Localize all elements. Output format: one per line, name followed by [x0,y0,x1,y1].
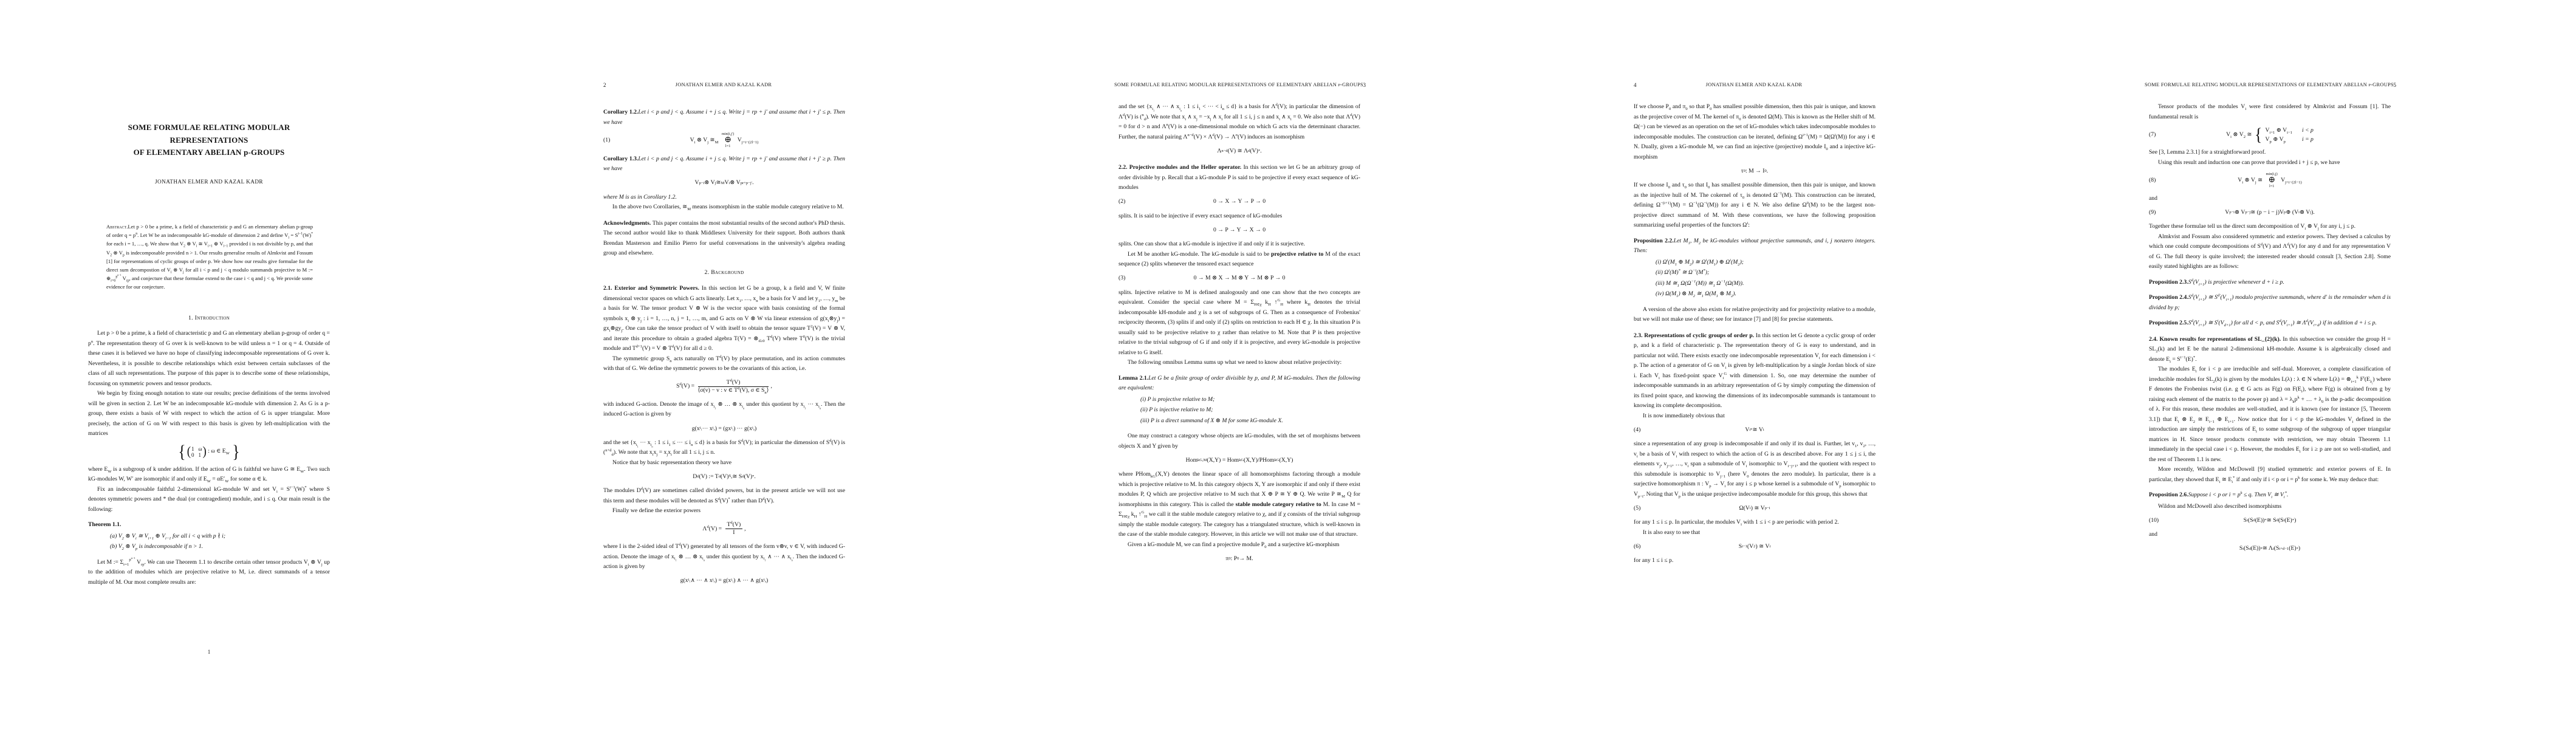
theorem-paragraph: Lemma 2.1.Let G be a finite group of ord… [1118,374,1360,394]
paper-title-line: SOME FORMULAE RELATING MODULAR REPRESENT… [88,122,330,146]
fraction-numerator: Td(V) [698,379,769,388]
paragraph: since a representation of any group is i… [1634,439,1875,499]
display-equation: (8)Vi ⊗ Vj ≅ min(i,j)⊕l=1 Vj+i−(2l−1) [2149,173,2391,189]
running-head: SOME FORMULAE RELATING MODULAR REPRESENT… [2129,82,2409,87]
paragraph: See [3, Lemma 2.3.1] for a straightforwa… [2149,148,2391,158]
page-3: SOME FORMULAE RELATING MODULAR REPRESENT… [1030,0,1546,729]
equation-pre: Λd(V) = [702,524,723,535]
paragraph: One may construct a category whose objec… [1118,431,1360,451]
paragraph: Notice that by basic representation theo… [603,458,845,468]
display-equation: (3)0 → M ⊗ X → M ⊗ Y → M ⊗ P → 0 [1118,273,1360,284]
equation-math: 0 → P → Y → X → 0 [1213,225,1266,236]
subsection-text: In this section let G denote a cyclic gr… [1634,332,1875,409]
equation-math: Vi ⊗ Vj ≅ min(i,j)⊕l=1 Vj+i−(2l−1) [2238,173,2302,189]
paragraph: The modules Dd(V) are sometimes called d… [603,486,845,506]
subsection-paragraph: 2.4. Known results for representations o… [2149,335,2391,365]
paragraph: for any 1 ≤ i ≤ p. In particular, the mo… [1634,518,1875,528]
theorem-paragraph: Corollary 1.3.Let i < p and j < q. Assum… [603,154,845,174]
list-item: (ii) P is injective relative to M; [1140,405,1360,416]
list-item: (i) Ωi(M1 ⊕ M2) ≅ Ωi(M1) ⊕ Ωi(M2); [1656,258,1875,268]
page-4: JONATHAN ELMER AND KAZAL KADR4If we choo… [1546,0,2061,729]
equation-post: , [744,524,745,535]
page-column: Tensor products of the modules Vi were f… [2149,102,2391,558]
theorem-item-list: (i) P is projective relative to M;(ii) P… [1118,395,1360,426]
matrix-entry: 1 [191,446,194,452]
left-paren-icon: ( [187,445,191,458]
page-1: SOME FORMULAE RELATING MODULAR REPRESENT… [0,0,515,729]
right-brace-icon: } [232,443,239,461]
paper-title-line: OF ELEMENTARY ABELIAN p-GROUPS [88,146,330,159]
theorem-label: Lemma 2.1. [1118,375,1148,382]
subsection-text: In this section let G be a group, k a fi… [603,285,845,352]
equation-math: Sd(V) = Td(V)⟨σ(v) − v : v ∈ Td(V), σ ∈ … [676,379,772,395]
page-column: and the set {xi1 ∧ ⋯ ∧ xin : 1 ≤ i1 < ⋯ … [1118,102,1360,568]
document-canvas: arXiv:2510.07939v1 [math.RT] 9 Oct 2025 … [0,0,2576,729]
equation-math: Vp−i ⊗ Vp−j ≅ (p − i − j)Vp ⊕ (Vi ⊗ Vj). [2225,208,2315,218]
paragraph: The following omnibus Lemma sums up what… [1118,358,1360,368]
equation-math: HomkG,M(X,Y) = HomkG(X,Y)/PHomkG(X,Y) [1186,456,1293,466]
equation-pre: Sd(V) = [676,382,696,392]
display-equation: (6)Si−1(V2) ≅ Vi [1634,541,1875,552]
paragraph: Given a kG-module M, we can find a proje… [1118,540,1360,550]
page-column: If we choose P0 and π0 so that P0 has sm… [1634,102,1875,566]
subsection-label: 2.3. Representations of cyclic groups of… [1634,332,1756,339]
theorem-text: Let G be a finite group of order divisib… [1118,375,1360,392]
theorem-label: Proposition 2.4. [2149,294,2188,301]
paragraph: splits. One can show that a kG-module is… [1118,239,1360,250]
left-brace-icon: { [178,443,185,461]
matrix-entry: ω [199,446,202,452]
display-equation: π0 : P0 → M. [1118,553,1360,564]
theorem-label: Proposition 2.5. [2149,320,2188,326]
theorem-label: Proposition 2.3. [2149,279,2188,286]
authors-line: JONATHAN ELMER AND KAZAL KADR [88,177,330,188]
equation-math: Ω(Vi) ≅ Vp−i [1739,504,1770,514]
theorem-text: Let i < p and j < q. Assume i + j ≤ q. W… [603,109,845,126]
paragraph: where EW is a subgroup of k under additi… [88,465,330,485]
matrix: 1ω01 [191,446,202,458]
matrix-entry: 0 [191,452,194,458]
subsection-paragraph: 2.3. Representations of cyclic groups of… [1634,331,1875,411]
display-equation: (9)Vp−i ⊗ Vp−j ≅ (p − i − j)Vp ⊕ (Vi ⊗ V… [2149,207,2391,218]
equation-number: (6) [1634,542,1640,552]
paragraph: where I is the 2-sided ideal of Td(V) ge… [603,542,845,572]
abstract-text: Let p > 0 be a prime, k a field of chara… [106,224,313,290]
fraction: Td(V)⟨σ(v) − v : v ∈ Td(V), σ ∈ Sn⟩ [698,379,769,395]
list-item: (ii) Ωi(M)* ≅ Ω−i(M*); [1656,268,1875,278]
big-oplus-operator: min(i,j)⊕l=1 [2266,173,2278,189]
paragraph: It is also easy to see that [1634,528,1875,538]
paragraph: If we choose I0 and τ0 so that I0 has sm… [1634,180,1875,231]
equation-math: Si(Sd(E))* ≅ Λi(Si+d−1(E)*) [2239,544,2300,554]
paragraph: Let p > 0 be a prime, k a field of chara… [88,329,330,389]
theorem-text: Let i < p and j < q. Assume i + j ≤ q. W… [603,156,845,173]
equation-pre: Vi ⊗ Vj ≅ [2238,176,2264,186]
equation-number: (8) [2149,176,2156,186]
paragraph: Finally we define the exterior powers [603,506,845,516]
paragraph: splits. Injective relative to M is defin… [1118,288,1360,358]
big-oplus-operator: min(i,j′)⊕l=1 [722,132,734,149]
paragraph: Fix an indecomposable faithful 2-dimensi… [88,485,330,515]
matrix-entry: 1 [199,452,202,458]
theorem-item-list: (a) V2 ⊗ Vi ≅ Vi+1 ⊕ Vi−1 for all i < q … [88,532,330,552]
equation-math: 0 → X → Y → P → 0 [1213,197,1266,207]
paragraph: Let M := Σr=1pn−1 Vrp. We can use Theore… [88,558,330,588]
display-equation: Sd(V) = Td(V)⟨σ(v) − v : v ∈ Td(V), σ ∈ … [603,379,845,395]
display-equation: Λn−d(V) ≅ Λd(V)*. [1118,146,1360,157]
section-heading: 1. Introduction [88,313,330,324]
theorem-label: Theorem 1.1. [88,521,121,528]
running-head-page-number: 3 [1363,82,1366,88]
subsection-label: Acknowledgments. [603,220,653,227]
paragraph: In the above two Corollaries, ≅M means i… [603,202,845,213]
paragraph: where PHomkG(X,Y) denotes the linear spa… [1118,470,1360,540]
equation-post: Vj+i−(2l−1) [736,135,758,146]
theorem-paragraph: Corollary 1.2.Let i < p and j < q. Assum… [603,108,845,128]
operator-limit-sub: l=1 [2269,185,2274,188]
theorem-item-list: (i) Ωi(M1 ⊕ M2) ≅ Ωi(M1) ⊕ Ωi(M2);(ii) Ω… [1634,258,1875,299]
display-equation: τ0 : M → I0. [1634,166,1875,177]
theorem-paragraph: Theorem 1.1. [88,520,330,530]
fraction: Td(V)I [725,521,743,537]
equation-math: Λd(V) = Td(V)I, [702,521,745,537]
display-equation: 0 → P → Y → X → 0 [1118,225,1360,236]
subsection-label: 2.4. Known results for representations o… [2149,336,2283,343]
subsection-label: 2.1. Exterior and Symmetric Powers. [603,285,702,292]
page-column: Corollary 1.2.Let i < p and j < q. Assum… [603,102,845,590]
fraction-denominator: I [725,529,743,537]
page-column: SOME FORMULAE RELATING MODULAR REPRESENT… [88,0,330,587]
display-equation: HomkG,M(X,Y) = HomkG(X,Y)/PHomkG(X,Y) [1118,455,1360,466]
paragraph: for any 1 ≤ i ≤ p. [1634,556,1875,566]
theorem-label: Proposition 2.2. [1634,238,1674,244]
theorem-paragraph: Proposition 2.2.Let M1, M2 be kG-modules… [1634,236,1875,256]
theorem-paragraph: Proposition 2.3.Sd(Vi+1) is projective w… [2149,278,2391,288]
equation-math: Dd(V) := Td(V)Sn ≅ Sd(V)*. [693,472,756,482]
paragraph: If we choose P0 and π0 so that P0 has sm… [1634,102,1875,162]
theorem-label: Corollary 1.3. [603,156,638,162]
paragraph: and [2149,530,2391,540]
equation-number: (7) [2149,130,2156,140]
paper-title: SOME FORMULAE RELATING MODULAR REPRESENT… [88,122,330,159]
equation-math: Vi ⊗ Vj ≅M min(i,j′)⊕l=1 Vj+i−(2l−1) [690,132,759,149]
list-item: (iv) Ω(M1) ⊗ M2 ≅1 Ω(M1 ⊗ M2). [1656,289,1875,299]
theorem-label: Corollary 1.2. [603,109,638,115]
paragraph: A version of the above also exists for r… [1634,305,1875,325]
display-equation: Dd(V) := Td(V)Sn ≅ Sd(V)*. [603,471,845,482]
cases: Vi+1 ⊕ Vi−1i < pVp ⊕ Vpi = p [2266,127,2314,142]
display-equation: g(xi1 ∧ ⋯ ∧ xin) = g(xi1) ∧ ⋯ ∧ g(xin) [603,576,845,587]
equation-number: (3) [1118,273,1125,284]
display-equation: {(1ω01) : ω ∈ EW } [88,444,330,460]
running-head-page-number: 4 [1634,82,1637,88]
equation-number: (4) [1634,425,1640,436]
equation-number: (9) [2149,208,2156,218]
case-condition: i < p [2302,127,2314,134]
theorem-paragraph: Proposition 2.5.Sd(Vi+1) ≅ Si(Vd+1) for … [2149,318,2391,329]
theorem-text: Suppose i < p or i = pk ≤ q. Then Vi ≅ V… [2188,491,2289,498]
theorem-paragraph: Proposition 2.4.Sd(Vi+1) ≅ Sd′(Vi+1) mod… [2149,293,2391,313]
equation-pre: Vi ⊗ Vj ≅M [690,135,720,146]
equation-post: Vj+i−(2l−1) [2280,176,2302,186]
list-item: (b) V2 ⊗ Vp is indecomposable if n > 1. [110,542,330,552]
operator-limit-sub: l=1 [725,145,730,148]
paragraph: The symmetric group Sn acts naturally on… [603,354,845,374]
equation-math: Si(Sd(E))* ≅ Sd(Si(E)*) [2244,516,2297,526]
oplus-icon: ⊕ [2268,176,2275,185]
paragraph: More recently, Wildon and McDowell [9] s… [2149,465,2391,485]
paragraph: splits. It is said to be injective if ev… [1118,211,1360,222]
running-head: JONATHAN ELMER AND KAZAL KADR [1614,82,1894,87]
equation-math: 0 → M ⊗ X → M ⊗ Y → M ⊗ P → 0 [1194,273,1286,284]
equation-math: {(1ω01) : ω ∈ EW } [177,444,241,460]
abstract-label: Abstract. [106,224,128,230]
display-equation: (4)Vi* ≅ Vi [1634,425,1875,436]
paragraph: where M is as in Corollary 1.2. [603,193,845,203]
paragraph: We begin by fixing enough notation to st… [88,389,330,439]
display-equation: Λd(V) = Td(V)I, [603,521,845,537]
theorem-text: Sd(Vi+1) is projective whenever d + i ≥ … [2188,279,2284,286]
display-equation: (1)Vi ⊗ Vj ≅M min(i,j′)⊕l=1 Vj+i−(2l−1) [603,132,845,149]
theorem-text: Sd(Vi+1) ≅ Si(Vd+1) for all d < p, and S… [2188,320,2377,326]
case-expression: Vp ⊕ Vp [2266,136,2292,143]
theorem-paragraph: Proposition 2.6.Suppose i < p or i = pk … [2149,490,2391,501]
page-number: 1 [88,649,330,655]
equation-math: Vi* ≅ Vi [1745,425,1764,436]
paragraph: Almkvist and Fossum also considered symm… [2149,232,2391,272]
paragraph: and the set {xi1 ⋯ xin : 1 ≤ i1 ≤ ⋯ ≤ in… [603,438,845,458]
equation-math: Λn−d(V) ≅ Λd(V)*. [1217,146,1261,157]
subsection-label: 2.2. Projective modules and the Heller o… [1118,164,1243,171]
fraction-numerator: Td(V) [725,521,743,530]
paragraph: and [2149,194,2391,204]
list-item: (iii) M ≅1 Ω(Ω−1(M)) ≅1 Ω−1(Ω(M)). [1656,279,1875,289]
equation-math: Si−1(V2) ≅ Vi [1739,542,1771,552]
display-equation: (5)Ω(Vi) ≅ Vp−i [1634,503,1875,514]
equation-post: , [770,382,772,392]
paragraph: It is now immediately obvious that [1634,411,1875,422]
equation-number: (10) [2149,516,2159,526]
equation-math: g(xi1 ∧ ⋯ ∧ xin) = g(xi1) ∧ ⋯ ∧ g(xin) [680,576,769,586]
display-equation: Vp−i ⊗ Vj ≅M Vi ⊗ Vpr+p−j′. [603,178,845,189]
case-expression: Vi+1 ⊕ Vi−1 [2266,127,2292,134]
display-equation: (2)0 → X → Y → P → 0 [1118,197,1360,208]
theorem-label: Proposition 2.6. [2149,491,2188,498]
equation-math: g(xi1 ⋯ xin) = (gxi1) ⋯ g(xin) [692,424,756,434]
left-brace-icon: { [2255,126,2262,144]
subsection-paragraph: Acknowledgments. This paper contains the… [603,219,845,259]
running-head-page-number: 2 [603,82,606,88]
subsection-paragraph: 2.2. Projective modules and the Heller o… [1118,163,1360,193]
running-head: JONATHAN ELMER AND KAZAL KADR [584,82,863,87]
paragraph: with induced G-action. Denote the image … [603,400,845,420]
paragraph: Let M be another kG-module. The kG-modul… [1118,250,1360,270]
fraction-denominator: ⟨σ(v) − v : v ∈ Td(V), σ ∈ Sn⟩ [698,387,769,395]
equation-number: (1) [603,135,610,146]
equation-math: π0 : P0 → M. [1225,554,1253,564]
equation-math: τ0 : M → I0. [1741,166,1768,177]
paragraph: The modules Ei for i < p are irreducible… [2149,364,2391,465]
list-item: (iii) P is a direct summand of X ⊗ M for… [1140,416,1360,426]
set-condition: : ω ∈ EW [207,447,231,457]
display-equation: (7)Vi ⊗ V2 ≅ {Vi+1 ⊕ Vi−1i < pVp ⊕ Vpi =… [2149,127,2391,143]
equation-pre: Vi ⊗ V2 ≅ [2226,130,2253,140]
equation-math: Vp−i ⊗ Vj ≅M Vi ⊗ Vpr+p−j′. [694,178,753,188]
display-equation: Si(Sd(E))* ≅ Λi(Si+d−1(E)*) [2149,544,2391,555]
display-equation: g(xi1 ⋯ xin) = (gxi1) ⋯ g(xin) [603,423,845,434]
paragraph: Together these formulae tell us the dire… [2149,222,2391,232]
right-paren-icon: ) [202,445,206,458]
display-equation: (10)Si(Sd(E))* ≅ Sd(Si(E)*) [2149,515,2391,526]
subsection-paragraph: 2.1. Exterior and Symmetric Powers. In t… [603,284,845,354]
page-2: JONATHAN ELMER AND KAZAL KADR2Corollary … [515,0,1030,729]
equation-math: Vi ⊗ V2 ≅ {Vi+1 ⊕ Vi−1i < pVp ⊕ Vpi = p [2226,127,2314,143]
oplus-icon: ⊕ [724,136,731,145]
list-item: (a) V2 ⊗ Vi ≅ Vi+1 ⊕ Vi−1 for all i < q … [110,532,330,542]
running-head-page-number: 5 [2394,82,2397,88]
paragraph: and the set {xi1 ∧ ⋯ ∧ xin : 1 ≤ i1 < ⋯ … [1118,102,1360,142]
equation-number: (5) [1634,504,1640,514]
paragraph: Wildon and McDowell also described isomo… [2149,502,2391,512]
case-condition: i = p [2302,136,2314,143]
page-5: SOME FORMULAE RELATING MODULAR REPRESENT… [2061,0,2576,729]
section-heading: 2. Background [603,268,845,278]
paragraph: Using this result and induction one can … [2149,158,2391,168]
equation-number: (2) [1118,197,1125,207]
abstract: Abstract.Let p > 0 be a prime, k a field… [106,222,313,292]
running-head: SOME FORMULAE RELATING MODULAR REPRESENT… [1099,82,1379,87]
list-item: (i) P is projective relative to M; [1140,395,1360,405]
paragraph: Tensor products of the modules Vi were f… [2149,102,2391,122]
